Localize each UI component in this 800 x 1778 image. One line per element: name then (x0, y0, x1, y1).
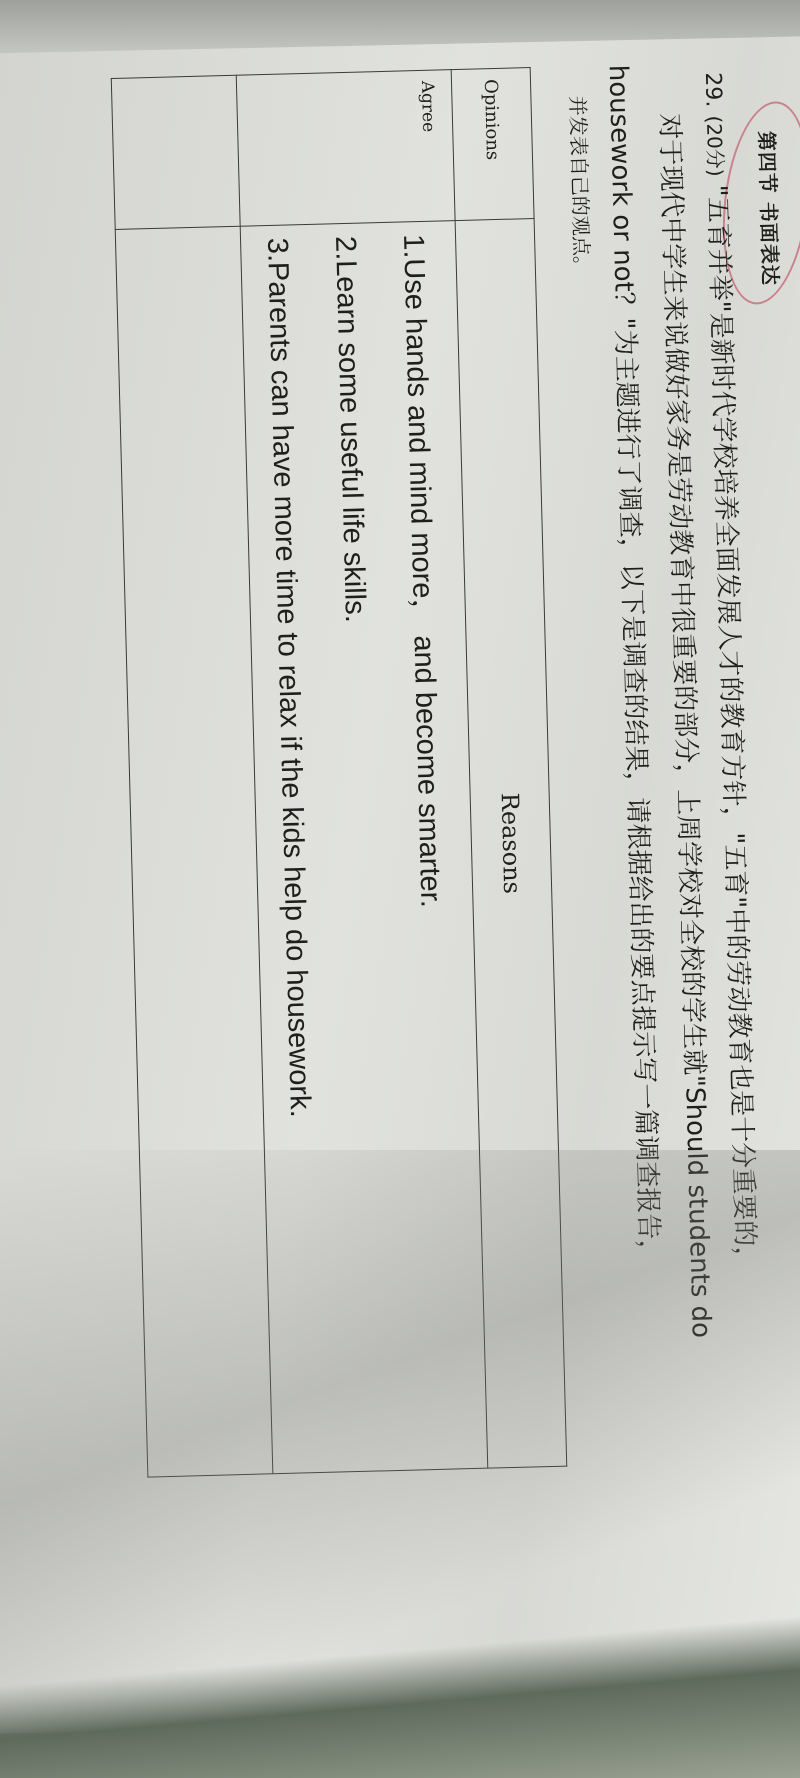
question-text-3: housework or not？"为主题进行了调查，以下是调查的结果，请根据给… (603, 64, 664, 1265)
question-line-3: housework or not？"为主题进行了调查，以下是调查的结果，请根据给… (601, 64, 664, 1265)
opinion-agree: Agree (236, 70, 455, 227)
question-text-1: "五育并举"是新时代学校培养全面发展人才的教育方针，"五育"中的劳动教育也是十分… (702, 184, 760, 1272)
survey-table: Opinions Reasons Agree 1.Use hands and m… (111, 67, 568, 1478)
section-title: 第四节 书面表达 (753, 130, 786, 286)
question-line-4: 并发表自己的观点。 (565, 96, 594, 277)
background-bottom (0, 1578, 800, 1778)
question-points: (20分) (702, 115, 728, 177)
reasons-cell: 1.Use hands and mind more， and become sm… (240, 221, 488, 1474)
opinion-empty (111, 75, 240, 229)
question-text-4: 并发表自己的观点。 (565, 96, 594, 277)
table-row: Agree 1.Use hands and mind more， and bec… (236, 70, 488, 1474)
exam-page: 第四节 书面表达 29. (20分) "五育并举"是新时代学校培养全面发展人才的… (80, 40, 800, 1738)
question-number: 29. (700, 72, 726, 108)
header-opinions: Opinions (451, 68, 534, 221)
